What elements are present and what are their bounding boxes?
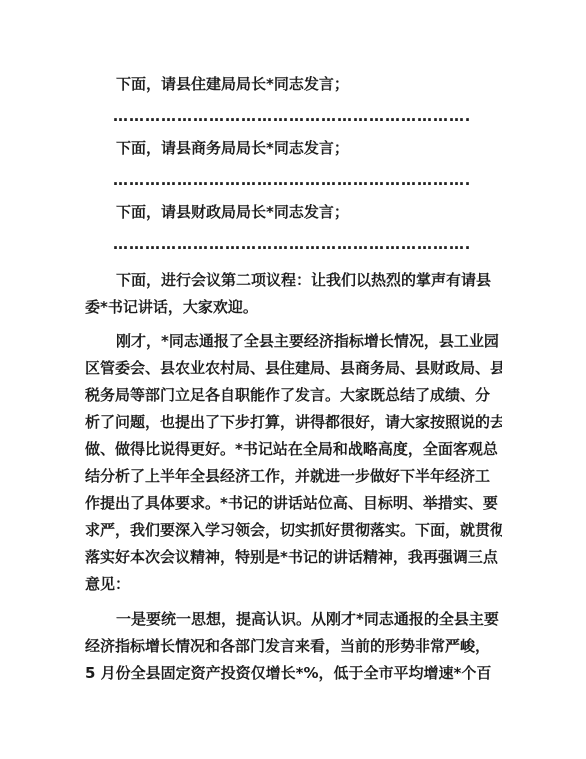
paragraph-review: 刚才，*同志通报了全县主要经济指标增长情况，县工业园 区管委会、县农业农村局、县… xyxy=(85,328,502,598)
text-line: 结分析了上半年全县经济工作，并就进一步做好下半年经济工 xyxy=(85,463,502,490)
text-line: 求严，我们要深入学习领会，切实抓好贯彻落实。下面，就贯彻 xyxy=(85,517,502,544)
text-line: 一是要统一思想，提高认识。从刚才*同志通报的全县主要 xyxy=(85,606,502,633)
dotted-separator: …………………………………………………………………………………………………………… xyxy=(113,100,469,132)
text-line: 意见： xyxy=(85,571,502,598)
announcement-line-3: 下面，请县财政局局长*同志发言； xyxy=(85,196,502,228)
text-line: 作提出了具体要求。*书记的讲话站位高、目标明、举措实、要 xyxy=(85,490,502,517)
dotted-separator: …………………………………………………………………………………………………………… xyxy=(113,164,469,196)
text-line: 委*书记讲话，大家欢迎。 xyxy=(85,294,502,321)
text-line: 下面，进行会议第二项议程：让我们以热烈的掌声有请县 xyxy=(85,267,502,294)
text-line: 经济指标增长情况和各部门发言来看，当前的形势非常严峻， xyxy=(85,633,502,660)
text-line: 税务局等部门立足各自职能作了发言。大家既总结了成绩、分 xyxy=(85,382,502,409)
paragraph-point-one: 一是要统一思想，提高认识。从刚才*同志通报的全县主要 经济指标增长情况和各部门发… xyxy=(85,606,502,687)
paragraph-agenda: 下面，进行会议第二项议程：让我们以热烈的掌声有请县 委*书记讲话，大家欢迎。 xyxy=(85,267,502,321)
text-line: 5 月份全县固定资产投资仅增长*%，低于全市平均增速*个百 xyxy=(85,660,502,687)
text-line: 析了问题，也提出了下步打算，讲得都很好，请大家按照说的去 xyxy=(85,409,502,436)
document-page: 下面，请县住建局局长*同志发言； ……………………………………………………………… xyxy=(0,0,586,759)
announcement-line-2: 下面，请县商务局局长*同志发言； xyxy=(85,132,502,164)
text-line: 刚才，*同志通报了全县主要经济指标增长情况，县工业园 xyxy=(85,328,502,355)
dotted-separator: …………………………………………………………………………………………………………… xyxy=(113,228,469,260)
text-line: 落实好本次会议精神，特别是*书记的讲话精神，我再强调三点 xyxy=(85,544,502,571)
text-line: 区管委会、县农业农村局、县住建局、县商务局、县财政局、县 xyxy=(85,355,502,382)
announcement-line-1: 下面，请县住建局局长*同志发言； xyxy=(85,68,502,100)
text-line: 做、做得比说得更好。*书记站在全局和战略高度，全面客观总 xyxy=(85,436,502,463)
